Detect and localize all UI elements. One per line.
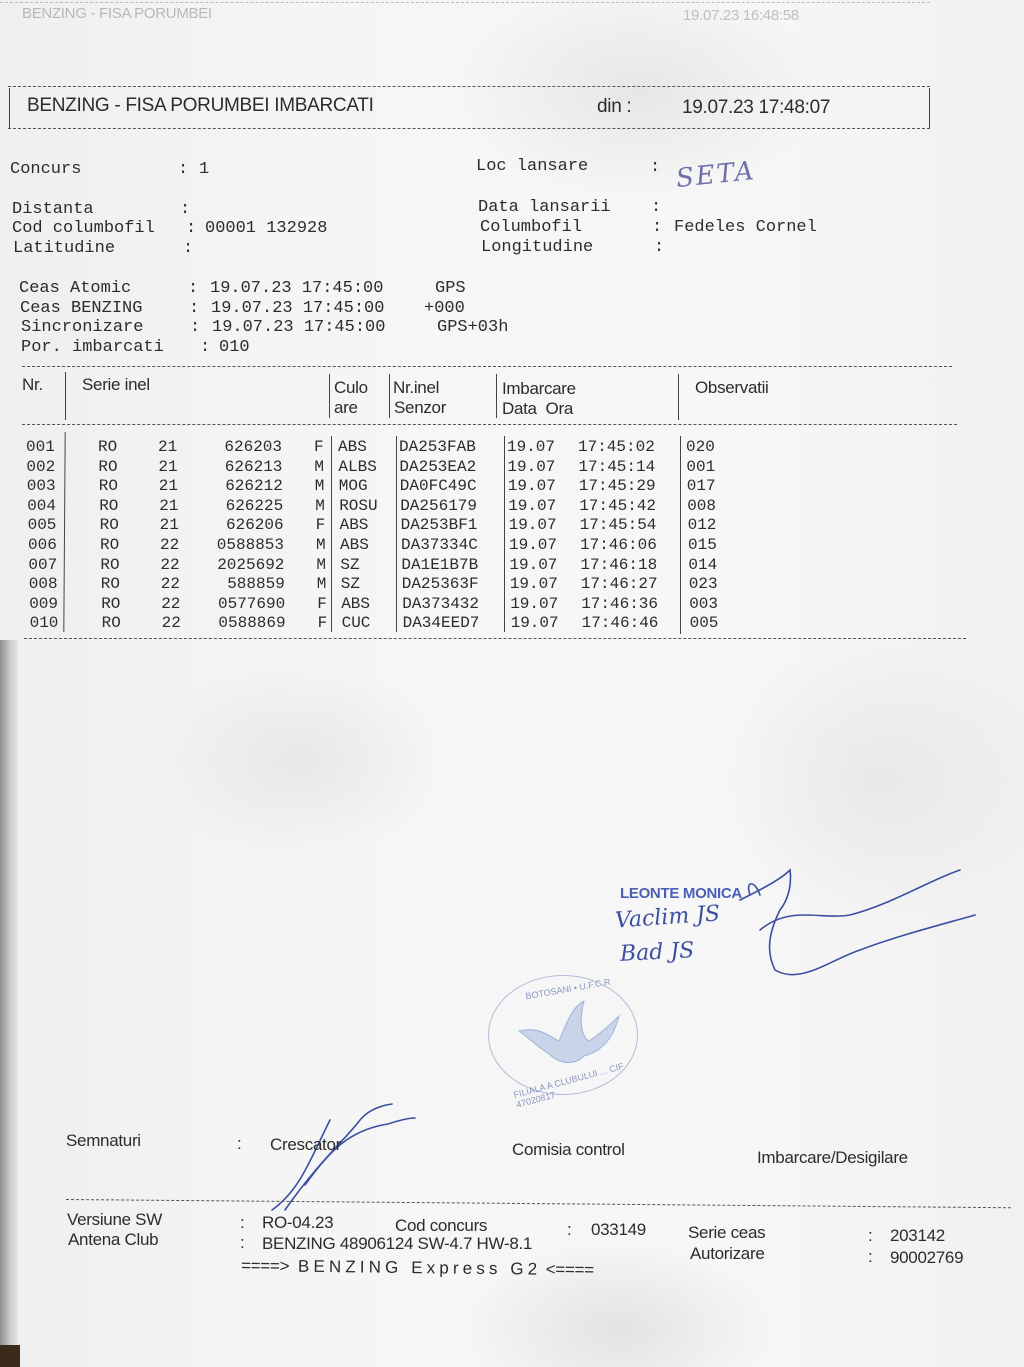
antena-club-colon: : <box>240 1233 244 1253</box>
semnaturi-label: Semnaturi <box>66 1131 141 1151</box>
antena-club-value: BENZING 48906124 SW-4.7 HW-8.1 <box>262 1234 532 1254</box>
versiune-sw-value: RO-04.23 <box>262 1213 333 1233</box>
serie-ceas-value: 203142 <box>890 1226 945 1246</box>
dove-icon <box>489 976 637 1094</box>
autorizare-colon: : <box>868 1247 872 1267</box>
printed-sheet: BENZING - FISA PORUMBEI 19.07.23 16:48:5… <box>0 0 1024 1367</box>
semnaturi-colon: : <box>237 1134 241 1154</box>
versiune-sw-label: Versiune SW <box>67 1210 162 1230</box>
cod-concurs-label: Cod concurs <box>395 1216 487 1236</box>
versiune-sw-value-prefix: : <box>240 1213 244 1233</box>
cod-concurs-value: 033149 <box>591 1220 646 1240</box>
imbarcare-desigilare-label: Imbarcare/Desigilare <box>757 1148 908 1168</box>
autorizare-label: Autorizare <box>690 1244 764 1264</box>
club-stamp: BOTOSANI • U.F.C.R FILIALA A CLUBULUI ..… <box>488 975 638 1095</box>
serie-ceas-label: Serie ceas <box>688 1223 765 1243</box>
autorizare-value: 90002769 <box>890 1248 963 1268</box>
comisia-control-label: Comisia control <box>512 1140 625 1160</box>
antena-club-label: Antena Club <box>68 1230 158 1250</box>
serie-ceas-colon: : <box>868 1226 872 1246</box>
crescator-label: Crescator <box>270 1135 341 1155</box>
cod-concurs-colon: : <box>567 1220 571 1240</box>
brand-line: ====> B E N Z I N G E x p r e s s G 2 <=… <box>241 1256 594 1280</box>
